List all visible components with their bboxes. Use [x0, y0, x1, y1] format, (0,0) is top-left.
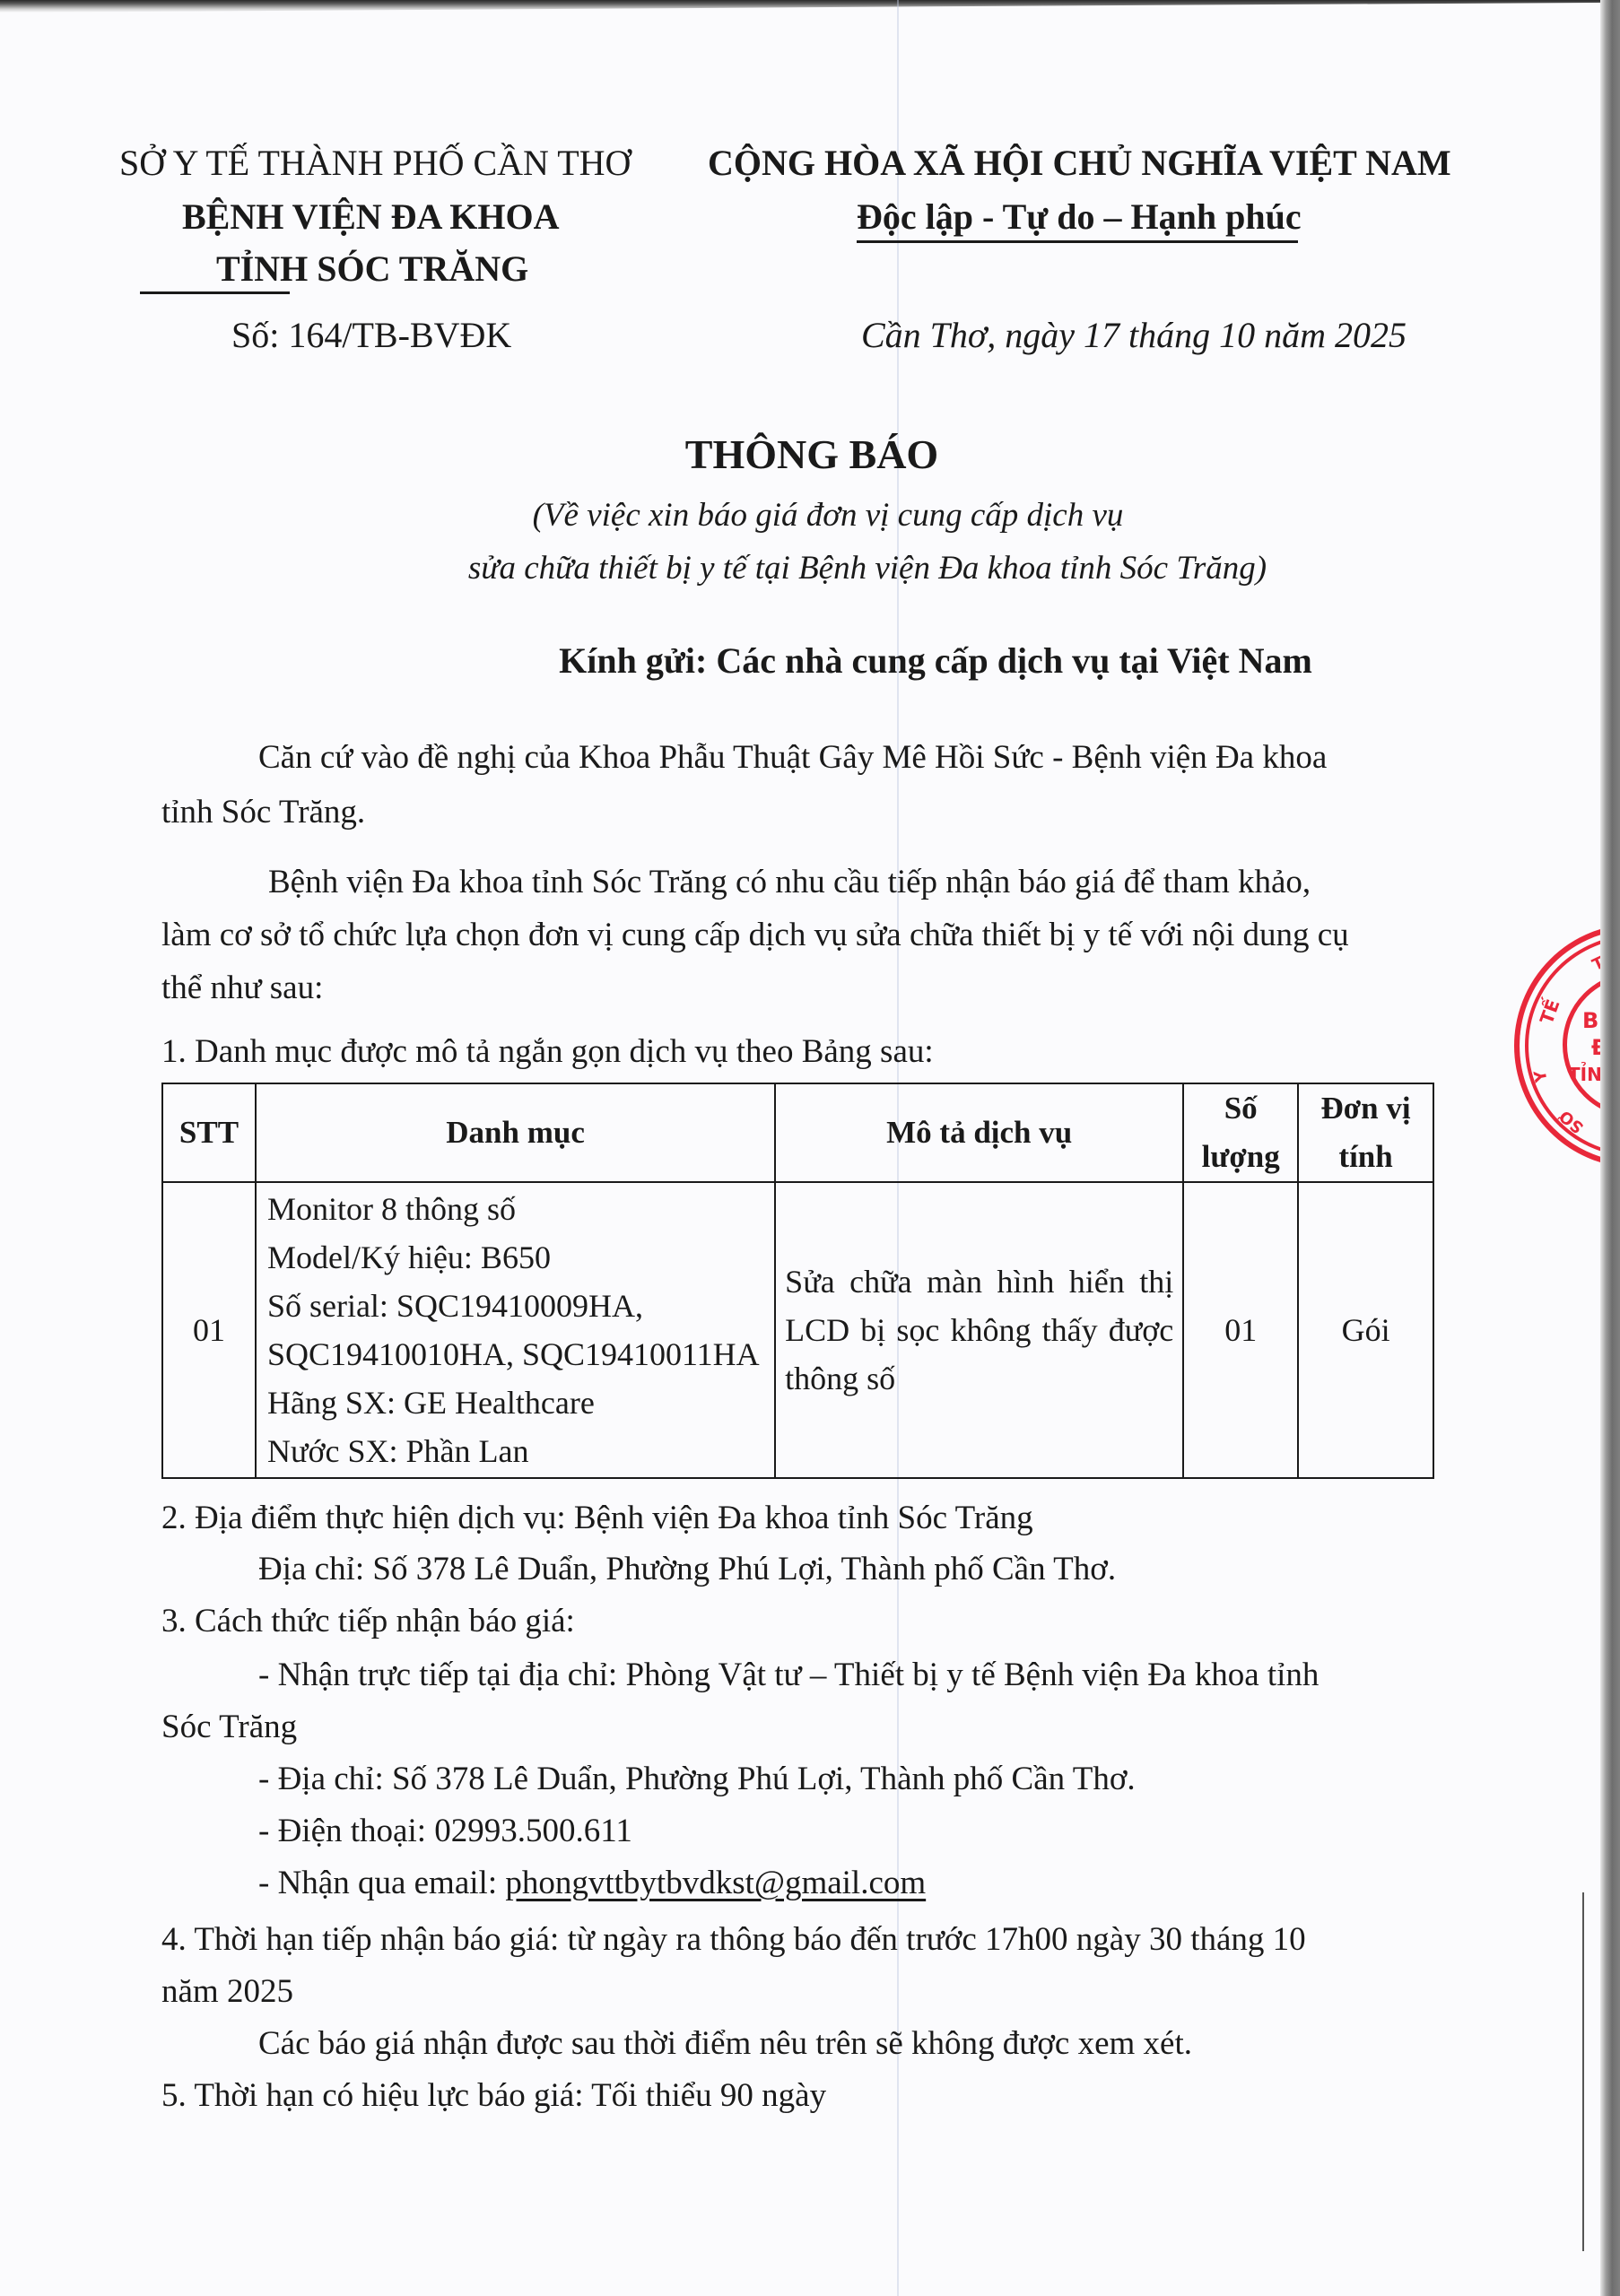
header-unit-line1: Đơn vị — [1308, 1084, 1424, 1133]
header-description: Mô tả dịch vụ — [775, 1083, 1183, 1182]
email-link[interactable]: phongvttbytbvdkst@gmail.com — [505, 1865, 926, 1901]
service-table: STT Danh mục Mô tả dịch vụ Số lượng Đơn … — [161, 1083, 1434, 1479]
table-row: 01 Monitor 8 thông số Model/Ký hiệu: B65… — [162, 1182, 1433, 1478]
stamp-ring-text-4: SỞ — [1554, 1103, 1590, 1139]
cell-quantity: 01 — [1183, 1182, 1298, 1478]
header-unit: Đơn vị tính — [1298, 1083, 1433, 1182]
national-motto: Độc lập - Tự do – Hạnh phúc — [857, 196, 1302, 238]
item-line: Monitor 8 thông số — [267, 1185, 765, 1233]
section3-direct-line1: - Nhận trực tiếp tại địa chỉ: Phòng Vật … — [258, 1650, 1319, 1700]
header-item: Danh mục — [256, 1083, 775, 1182]
section2-address: Địa chỉ: Số 378 Lê Duẩn, Phường Phú Lợi,… — [258, 1544, 1116, 1595]
paragraph-need-line1: Bệnh viện Đa khoa tỉnh Sóc Trăng có nhu … — [268, 857, 1311, 908]
agency-name: SỞ Y TẾ THÀNH PHỐ CẦN THƠ — [119, 142, 631, 184]
stamp-ring-text-3: Y — [1529, 1068, 1555, 1084]
section3-email-line: - Nhận qua email: phongvttbytbvdkst@gmai… — [258, 1858, 926, 1909]
item-line: Hãng SX: GE Healthcare — [267, 1378, 765, 1427]
stamp-ring-text-1: TẾ — [1534, 996, 1566, 1027]
item-line: Model/Ký hiệu: B650 — [267, 1233, 765, 1282]
section2-heading: 2. Địa điểm thực hiện dịch vụ: Bệnh viện… — [161, 1493, 1033, 1544]
header-stt: STT — [162, 1083, 256, 1182]
scan-edge-right — [1600, 0, 1620, 2296]
document-subtitle-line2: sửa chữa thiết bị y tế tại Bệnh viện Đa … — [0, 549, 1620, 587]
item-line: Nước SX: Phần Lan — [267, 1427, 765, 1475]
header-quantity: Số lượng — [1183, 1083, 1298, 1182]
document-subtitle-line1: (Về việc xin báo giá đơn vị cung cấp dịc… — [0, 496, 1620, 535]
cell-stt: 01 — [162, 1182, 256, 1478]
paragraph-basis-line2: tỉnh Sóc Trăng. — [161, 787, 365, 838]
paragraph-basis-line1: Căn cứ vào đề nghị của Khoa Phẫu Thuật G… — [258, 733, 1327, 783]
recipient: Kính gửi: Các nhà cung cấp dịch vụ tại V… — [0, 639, 1620, 682]
organization-name-line2: TỈNH SÓC TRĂNG — [216, 248, 528, 290]
section3-phone: - Điện thoại: 02993.500.611 — [258, 1806, 632, 1857]
paragraph-need-line2: làm cơ sở tổ chức lựa chọn đơn vị cung c… — [161, 910, 1349, 961]
scan-edge-top — [0, 0, 1620, 13]
national-title: CỘNG HÒA XÃ HỘI CHỦ NGHĨA VIỆT NAM — [708, 142, 1451, 184]
section3-direct-line2: Sóc Trăng — [161, 1702, 297, 1752]
motto-underline — [857, 240, 1298, 243]
item-line: SQC19410010HA, SQC19410011HA — [267, 1330, 765, 1378]
document-number: Số: 164/TB-BVĐK — [231, 314, 511, 356]
scan-artifact-line — [1582, 1892, 1584, 2251]
section1-heading: 1. Danh mục được mô tả ngắn gọn dịch vụ … — [161, 1027, 934, 1077]
paragraph-need-line3: thể như sau: — [161, 963, 323, 1013]
cell-item: Monitor 8 thông số Model/Ký hiệu: B650 S… — [256, 1182, 775, 1478]
section4-heading-line2: năm 2025 — [161, 1967, 293, 2017]
cell-unit: Gói — [1298, 1182, 1433, 1478]
document-title: THÔNG BÁO — [0, 430, 1620, 478]
section3-address: - Địa chỉ: Số 378 Lê Duẩn, Phường Phú Lợ… — [258, 1754, 1136, 1805]
header-unit-line2: tính — [1308, 1133, 1424, 1181]
section4-heading-line1: 4. Thời hạn tiếp nhận báo giá: từ ngày r… — [161, 1915, 1306, 1965]
header-quantity-line2: lượng — [1193, 1133, 1288, 1181]
section5-heading: 5. Thời hạn có hiệu lực báo giá: Tối thi… — [161, 2071, 826, 2121]
organization-name-line1: BỆNH VIỆN ĐA KHOA — [182, 196, 559, 238]
table-header-row: STT Danh mục Mô tả dịch vụ Số lượng Đơn … — [162, 1083, 1433, 1182]
organization-underline — [140, 291, 290, 294]
item-line: Số serial: SQC19410009HA, — [267, 1282, 765, 1330]
section3-heading: 3. Cách thức tiếp nhận báo giá: — [161, 1596, 575, 1647]
header-quantity-line1: Số — [1193, 1084, 1288, 1133]
cell-description: Sửa chữa màn hình hiển thị LCD bị sọc kh… — [775, 1182, 1183, 1478]
place-and-date: Cần Thơ, ngày 17 tháng 10 năm 2025 — [861, 314, 1407, 356]
section4-note: Các báo giá nhận được sau thời điểm nêu … — [258, 2019, 1192, 2069]
email-label: - Nhận qua email: — [258, 1865, 505, 1901]
